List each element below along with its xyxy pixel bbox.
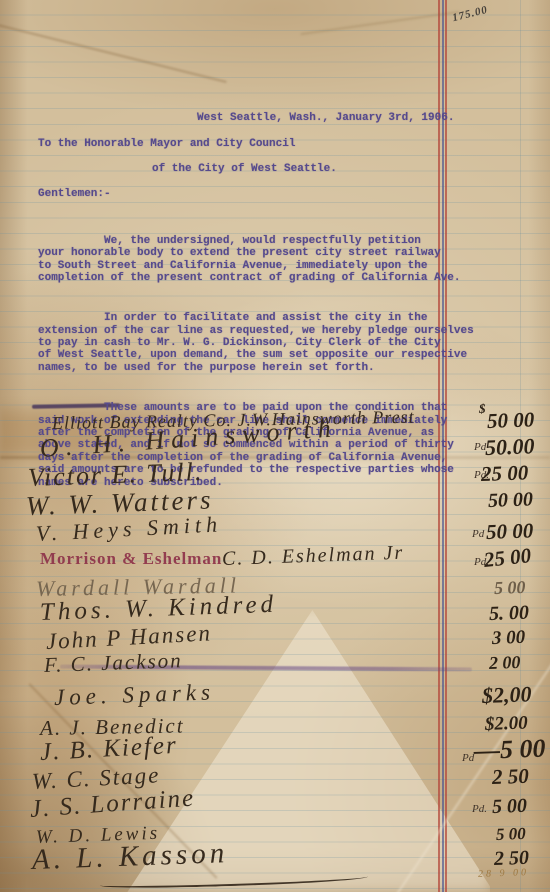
- paragraph: We, the undersigned, would respectfully …: [38, 235, 498, 285]
- amount-value: 50 00: [487, 407, 535, 434]
- petition-document-scan: 175.00 28 9 00 West Seattle, Wash., Janu…: [0, 0, 550, 892]
- signature-name: Joe. Sparks: [54, 679, 216, 711]
- amount-value: 5 00: [496, 824, 526, 845]
- amount-value: $2.00: [485, 713, 528, 736]
- amount-value: $2,00: [482, 681, 532, 709]
- salutation: Gentlemen:-: [38, 188, 111, 200]
- amount-value: 50 00: [488, 488, 534, 513]
- crease-line: [0, 23, 227, 83]
- paid-mark: Pd: [462, 752, 474, 764]
- amount-value: 2 50: [494, 847, 530, 871]
- top-right-pencil-note: 175.00: [451, 4, 489, 24]
- crease-line: [301, 11, 460, 35]
- address-line-1: To the Honorable Mayor and City Council: [38, 138, 295, 150]
- amount-value: 5 00: [492, 795, 528, 819]
- amount-value: 50 00: [486, 518, 534, 545]
- signature-flourish: [100, 872, 368, 889]
- dollar-sign-mark: $: [479, 401, 486, 417]
- signature-name: C. D. Eshelman Jr: [222, 542, 405, 571]
- amount-value: 25 00: [481, 460, 529, 487]
- business-rubber-stamp: Morrison & Eshelman: [40, 549, 222, 569]
- dateline: West Seattle, Wash., January 3rd, 1906.: [197, 112, 454, 124]
- paid-mark: Pd.: [472, 803, 487, 815]
- amount-value: 5 00: [494, 577, 526, 599]
- paid-mark: Pd: [472, 528, 484, 540]
- address-line-2: of the City of West Seattle.: [152, 163, 337, 175]
- amount-value: 2 50: [492, 764, 530, 790]
- amount-value: 2 00: [489, 652, 521, 674]
- amount-value: —5 00: [473, 734, 546, 766]
- amount-value: 50.00: [485, 433, 535, 461]
- amount-value: 5. 00: [489, 602, 530, 626]
- signature-name: F. C. Jackson: [44, 648, 184, 678]
- amount-value: 25 00: [483, 543, 533, 573]
- amount-value: 3 00: [492, 627, 526, 650]
- signature-name: A. L. Kasson: [31, 837, 228, 877]
- paragraph: In order to facilitate and assist the ci…: [38, 312, 498, 374]
